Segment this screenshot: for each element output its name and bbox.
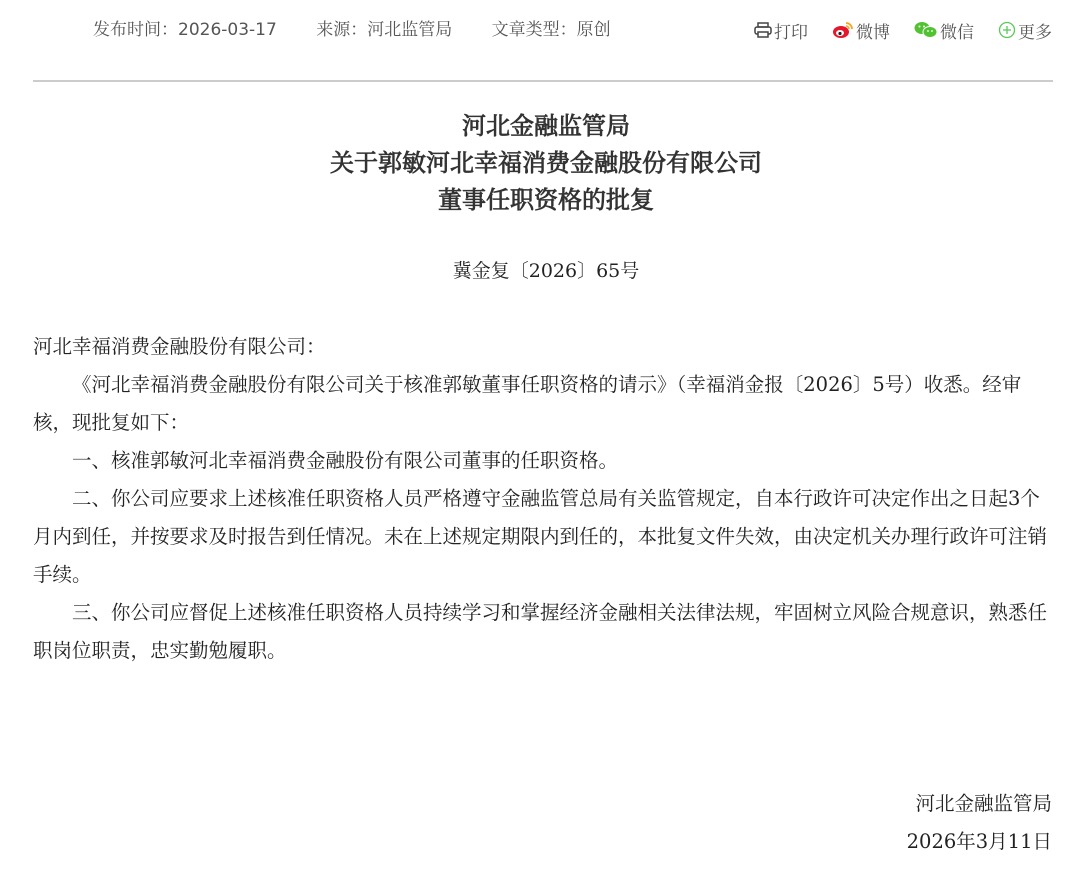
signature-block: 河北金融监管局 2026年3月11日 — [907, 785, 1052, 861]
share-toolbar: 打印 微博 微信 更多 — [754, 17, 1052, 43]
document-number: 冀金复〔2026〕65号 — [0, 256, 1092, 283]
plus-circle-icon — [998, 21, 1016, 39]
title-line-2: 关于郭敏河北幸福消费金融股份有限公司 — [0, 145, 1092, 182]
signature-date: 2026年3月11日 — [907, 823, 1052, 861]
header-divider — [33, 80, 1053, 82]
wechat-label: 微信 — [940, 18, 974, 43]
intro-paragraph: 《河北幸福消费金融股份有限公司关于核准郭敏董事任职资格的请示》（幸福消金报〔20… — [33, 366, 1053, 442]
print-label: 打印 — [774, 18, 808, 43]
source: 来源：河北监管局 — [316, 20, 452, 40]
document-body: 河北幸福消费金融股份有限公司： 《河北幸福消费金融股份有限公司关于核准郭敏董事任… — [33, 328, 1053, 670]
addressee: 河北幸福消费金融股份有限公司： — [33, 328, 1053, 366]
signature-org: 河北金融监管局 — [907, 785, 1052, 823]
wechat-icon — [914, 21, 938, 39]
weibo-share-button[interactable]: 微博 — [832, 18, 890, 43]
title-line-1: 河北金融监管局 — [0, 108, 1092, 145]
article-meta: 发布时间：2026-03-17 来源：河北监管局 文章类型：原创 — [93, 17, 653, 43]
item-3: 三、你公司应督促上述核准任职资格人员持续学习和掌握经济金融相关法律法规，牢固树立… — [33, 594, 1053, 670]
item-1: 一、核准郭敏河北幸福消费金融股份有限公司董事的任职资格。 — [33, 442, 1053, 480]
weibo-icon — [832, 21, 854, 39]
title-line-3: 董事任职资格的批复 — [0, 182, 1092, 219]
more-share-button[interactable]: 更多 — [998, 18, 1052, 43]
publish-time: 发布时间：2026-03-17 — [93, 20, 277, 40]
weibo-label: 微博 — [856, 18, 890, 43]
document-title: 河北金融监管局 关于郭敏河北幸福消费金融股份有限公司 董事任职资格的批复 — [0, 108, 1092, 219]
wechat-share-button[interactable]: 微信 — [914, 18, 974, 43]
item-2: 二、你公司应要求上述核准任职资格人员严格遵守金融监管总局有关监管规定，自本行政许… — [33, 480, 1053, 594]
print-button[interactable]: 打印 — [754, 18, 808, 43]
more-label: 更多 — [1018, 18, 1052, 43]
printer-icon — [754, 22, 772, 38]
article-type: 文章类型：原创 — [492, 20, 611, 40]
